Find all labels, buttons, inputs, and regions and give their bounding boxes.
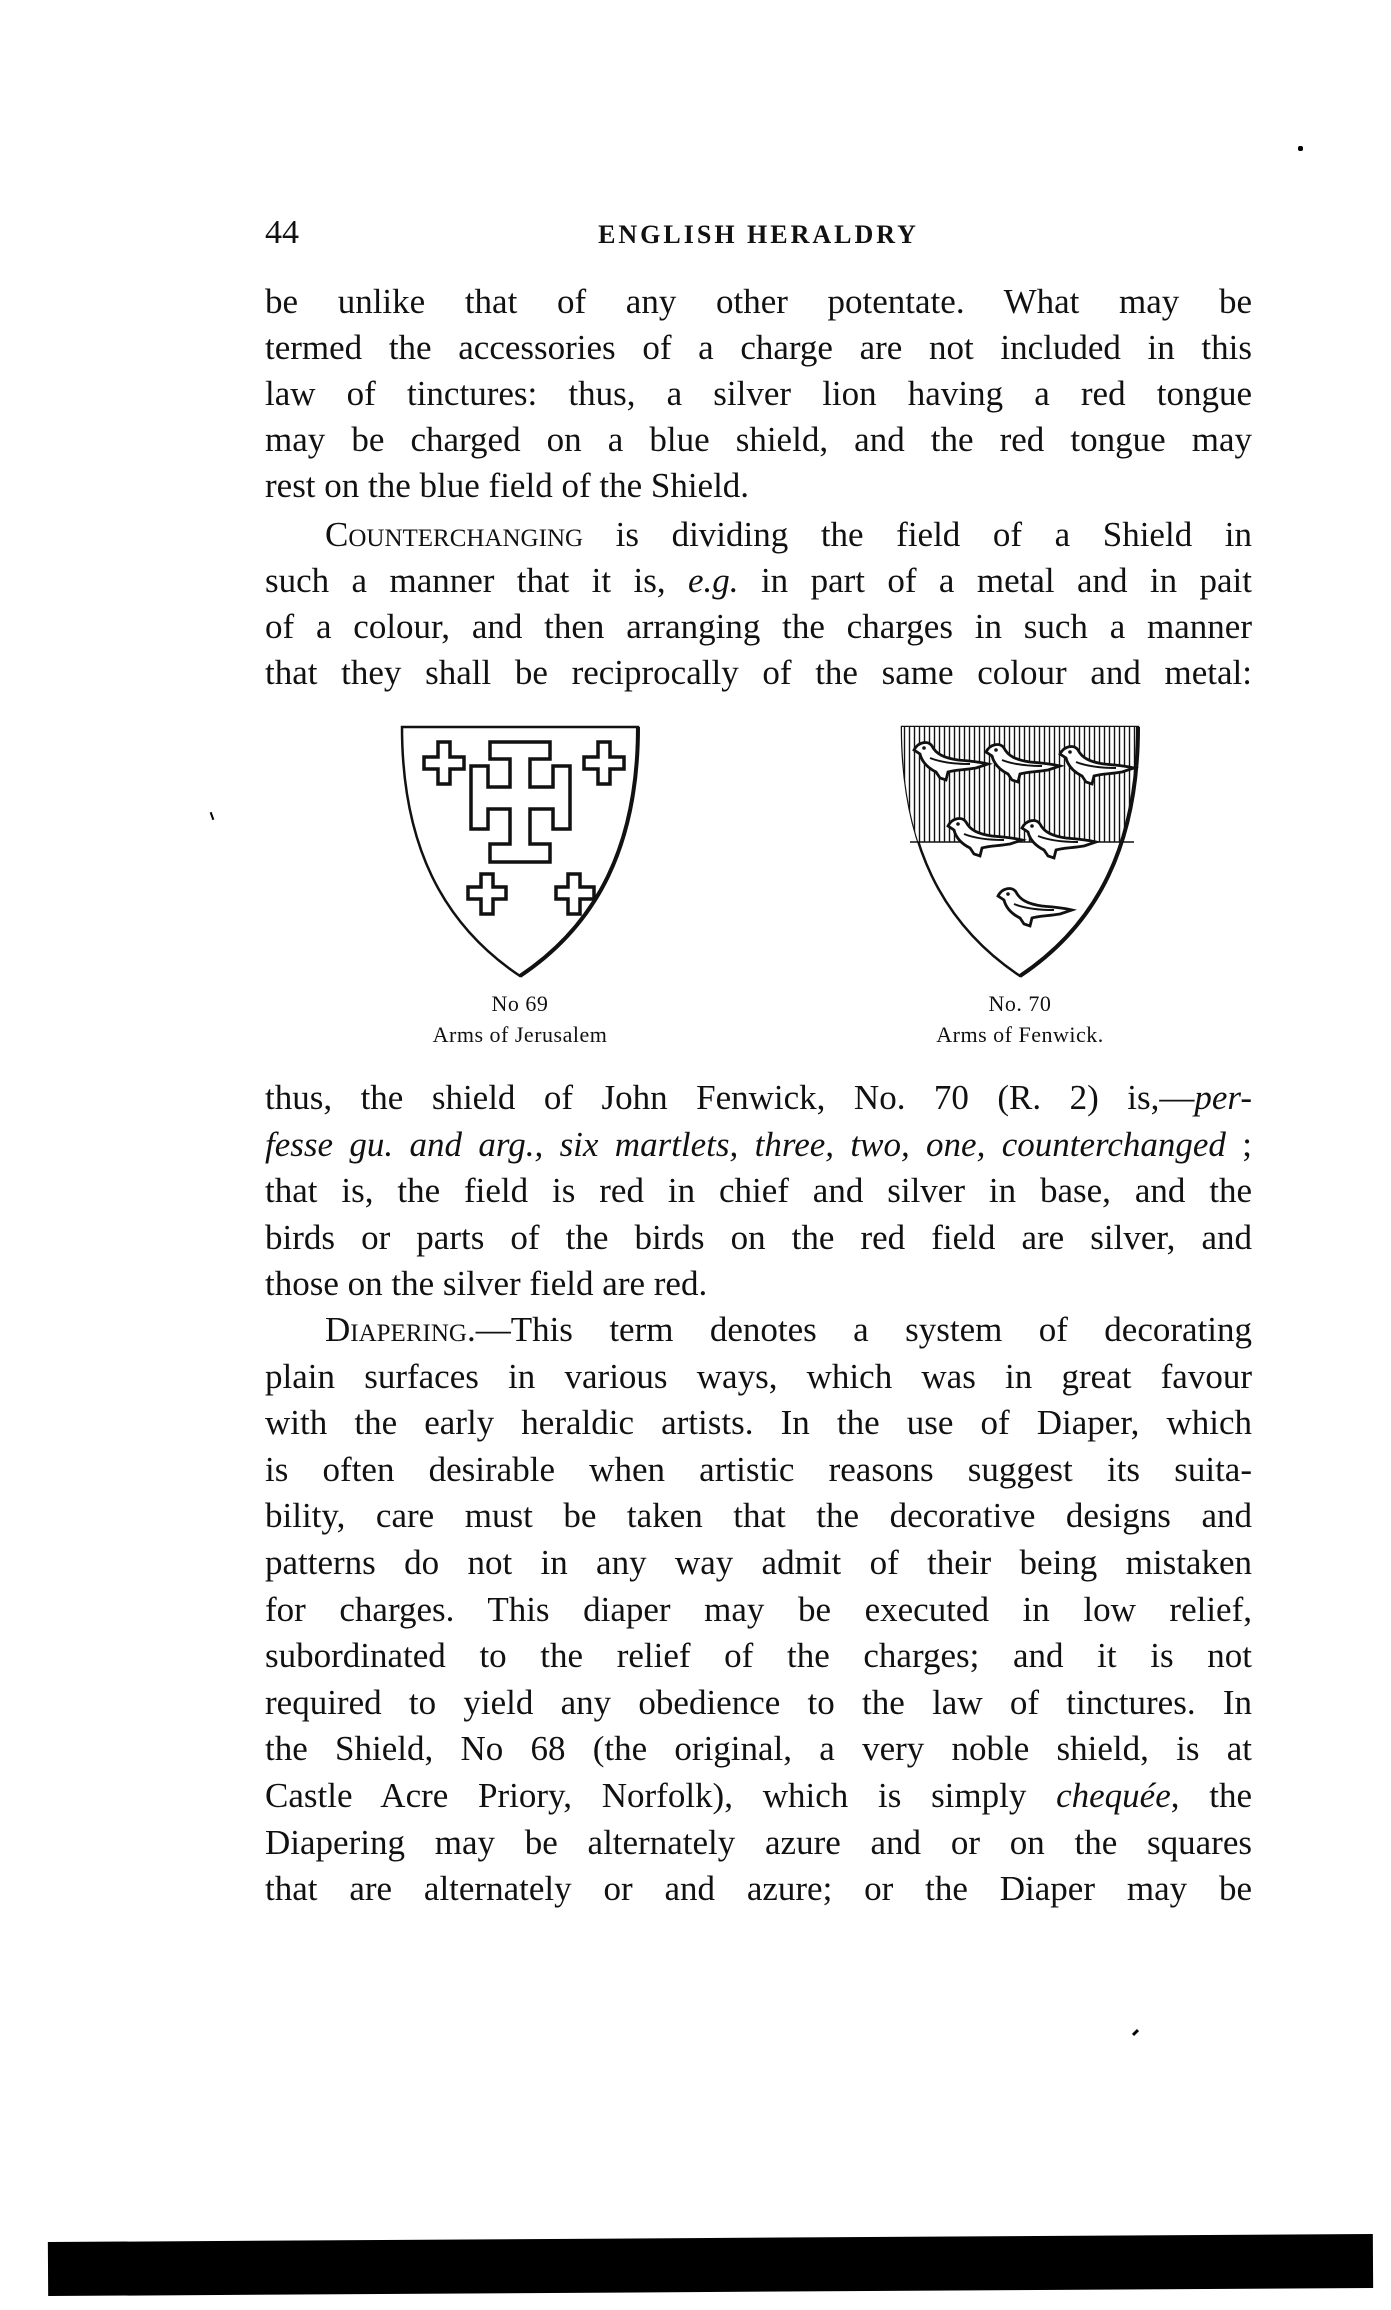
shield-jerusalem-icon: [398, 724, 642, 978]
text-line: for charges. This diaper may be executed…: [265, 1587, 1252, 1633]
text-line: rest on the blue field of the Shield.: [265, 463, 1252, 509]
figure-caption: Arms of Jerusalem: [390, 1019, 650, 1050]
scan-speck-top: [1298, 146, 1303, 151]
text-line: the Shield, No 68 (the original, a very …: [265, 1726, 1252, 1772]
running-head: 44 ENGLISH HERALDRY: [265, 213, 1252, 253]
text-line: those on the silver field are red.: [265, 1261, 1252, 1307]
running-title: ENGLISH HERALDRY: [265, 215, 1252, 255]
text-line: plain surfaces in various ways, which wa…: [265, 1354, 1252, 1400]
text-line: subordinated to the relief of the charge…: [265, 1633, 1252, 1679]
text-line: of a colour, and then arranging the char…: [265, 604, 1252, 650]
text-line: fesse gu. and arg., six martlets, three,…: [265, 1122, 1252, 1168]
scan-speck-bottom: [1132, 2029, 1139, 2036]
text-line: thus, the shield of John Fenwick, No. 70…: [265, 1075, 1252, 1121]
figure-number: No 69: [390, 988, 650, 1019]
book-page: 44 ENGLISH HERALDRY be unlike that of an…: [0, 0, 1391, 2310]
text-line: may be charged on a blue shield, and the…: [265, 417, 1252, 463]
text-line: that are alternately or and azure; or th…: [265, 1866, 1252, 1912]
text-line: Castle Acre Priory, Norfolk), which is s…: [265, 1773, 1252, 1819]
text-line: with the early heraldic artists. In the …: [265, 1400, 1252, 1446]
text-line: that they shall be reciprocally of the s…: [265, 650, 1252, 696]
text-line: law of tinctures: thus, a silver lion ha…: [265, 371, 1252, 417]
text-line: birds or parts of the birds on the red f…: [265, 1215, 1252, 1261]
text-line: termed the accessories of a charge are n…: [265, 325, 1252, 371]
text-line: patterns do not in any way admit of thei…: [265, 1540, 1252, 1586]
figure-arms-of-fenwick: No. 70 Arms of Fenwick.: [890, 724, 1150, 1050]
text-line: Diapering may be alternately azure and o…: [265, 1820, 1252, 1866]
text-line: is often desirable when artistic reasons…: [265, 1447, 1252, 1493]
figure-caption: Arms of Fenwick.: [890, 1019, 1150, 1050]
figure-number: No. 70: [890, 988, 1150, 1019]
text-line: that is, the field is red in chief and s…: [265, 1168, 1252, 1214]
text-line: be unlike that of any other potentate. W…: [265, 279, 1252, 325]
text-line: Diapering.—This term denotes a system of…: [265, 1307, 1252, 1353]
text-line: Counterchanging is dividing the field of…: [265, 512, 1252, 558]
text-line: required to yield any obedience to the l…: [265, 1680, 1252, 1726]
term-counterchanging: Counterchanging: [325, 515, 583, 554]
text-line: such a manner that it is, e.g. in part o…: [265, 558, 1252, 604]
scan-speck-left: [210, 812, 215, 820]
term-diapering: Diapering.: [325, 1310, 476, 1349]
shield-fenwick-icon: [898, 724, 1142, 978]
figure-arms-of-jerusalem: No 69 Arms of Jerusalem: [390, 724, 650, 1050]
scan-edge-band: [48, 2234, 1373, 2296]
text-line: bility, care must be taken that the deco…: [265, 1493, 1252, 1539]
